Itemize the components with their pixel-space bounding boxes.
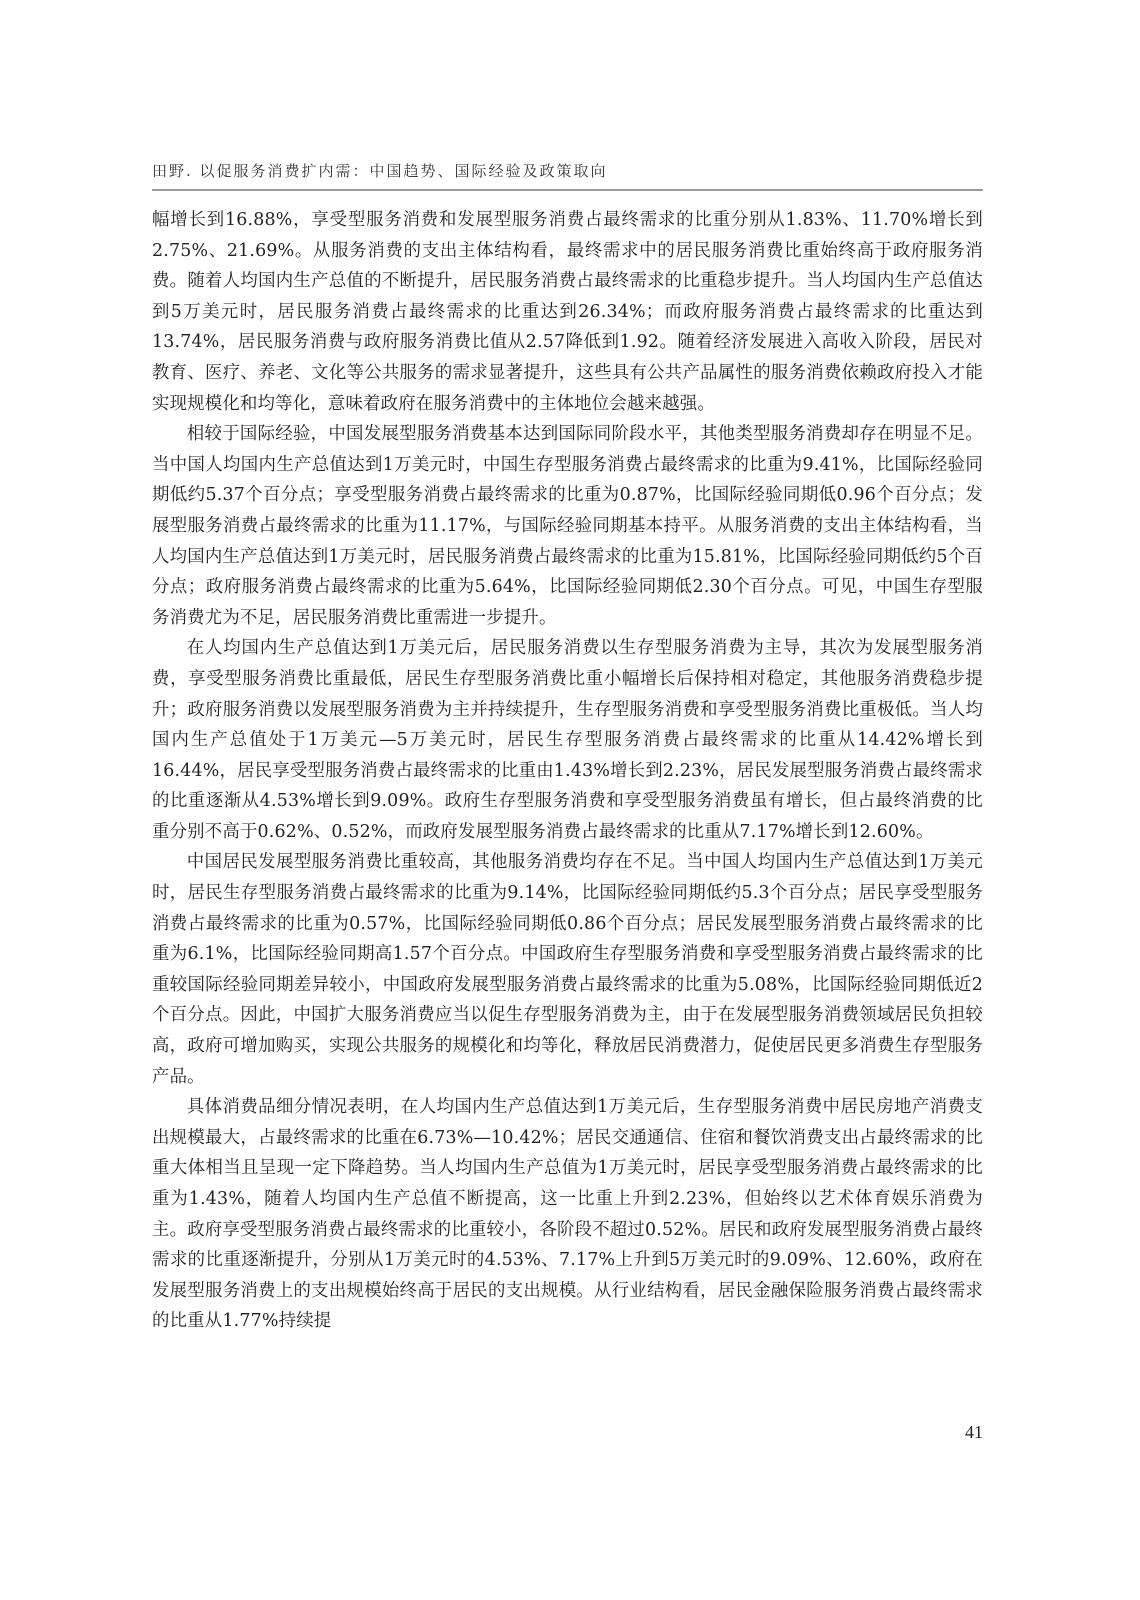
paragraph-1: 幅增长到16.88%，享受型服务消费和发展型服务消费占最终需求的比重分别从1.8… bbox=[152, 205, 983, 419]
paragraph-2: 相较于国际经验，中国发展型服务消费基本达到国际同阶段水平，其他类型服务消费却存在… bbox=[152, 419, 983, 633]
page-number: 41 bbox=[965, 1422, 983, 1443]
article-body: 幅增长到16.88%，享受型服务消费和发展型服务消费占最终需求的比重分别从1.8… bbox=[152, 205, 983, 1337]
paragraph-5: 具体消费品细分情况表明，在人均国内生产总值达到1万美元后，生存型服务消费中居民房… bbox=[152, 1092, 983, 1337]
header-divider bbox=[152, 189, 983, 191]
paragraph-3: 在人均国内生产总值达到1万美元后，居民服务消费以生存型服务消费为主导，其次为发展… bbox=[152, 633, 983, 847]
running-head: 田野. 以促服务消费扩内需：中国趋势、国际经验及政策取向 bbox=[152, 160, 983, 181]
paragraph-4: 中国居民发展型服务消费比重较高，其他服务消费均存在不足。当中国人均国内生产总值达… bbox=[152, 847, 983, 1092]
